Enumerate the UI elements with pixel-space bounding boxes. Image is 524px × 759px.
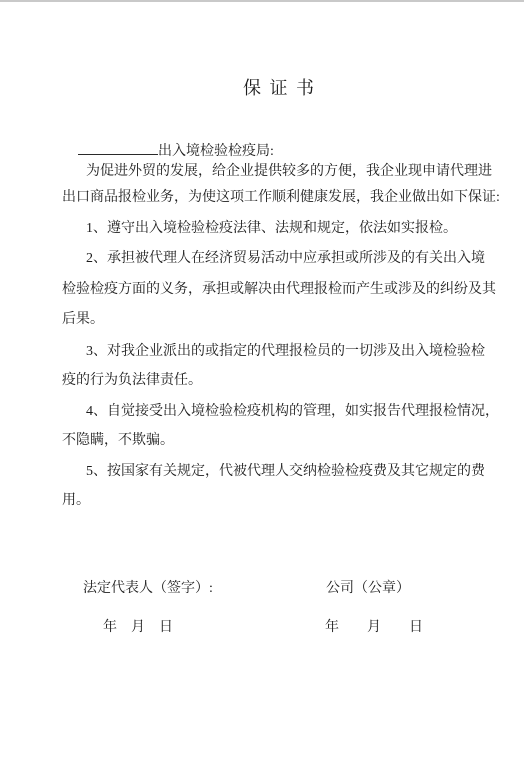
fill-in-blank-line xyxy=(78,140,158,155)
window-top-edge xyxy=(0,0,524,2)
body-line: 检验检疫方面的义务，承担或解决由代理报检而产生或涉及的纠纷及其 xyxy=(62,282,496,298)
body-line: 疫的行为负法律责任。 xyxy=(62,373,202,389)
body-line: 5、按国家有关规定，代被代理人交纳检验检疫费及其它规定的费 xyxy=(62,464,485,480)
body-line: 不隐瞒，不欺骗。 xyxy=(62,433,174,449)
company-seal-label: 公司（公章） xyxy=(326,581,410,597)
date-line-right: 年 月 日 xyxy=(325,620,423,636)
body-line: 4、自觉接受出入境检验检疫机构的管理，如实报告代理报检情况， xyxy=(62,404,499,420)
body-line: 后果。 xyxy=(62,312,104,328)
legal-representative-signature-label: 法定代表人（签字）: xyxy=(83,581,213,597)
body-line: 2、承担被代理人在经济贸易活动中应承担或所涉及的有关出入境 xyxy=(62,251,485,267)
body-line: 3、对我企业派出的或指定的代理报检员的一切涉及出入境检验检 xyxy=(62,344,485,360)
bureau-name: 出入境检验检疫局: xyxy=(158,144,274,159)
date-line-left: 年 月 日 xyxy=(103,620,173,636)
body-line: 出口商品报检业务，为使这项工作顺利健康发展，我企业做出如下保证: xyxy=(62,190,500,206)
guarantee-letter-page: 保 证 书 出入境检验检疫局: 为促进外贸的发展，给企业提供较多的方便，我企业现… xyxy=(0,0,524,759)
document-title: 保 证 书 xyxy=(243,79,316,99)
body-line: 用。 xyxy=(62,493,90,509)
body-line: 为促进外贸的发展，给企业提供较多的方便，我企业现申请代理进 xyxy=(62,164,492,180)
body-line: 1、遵守出入境检验检疫法律、法规和规定，依法如实报检。 xyxy=(62,221,457,237)
